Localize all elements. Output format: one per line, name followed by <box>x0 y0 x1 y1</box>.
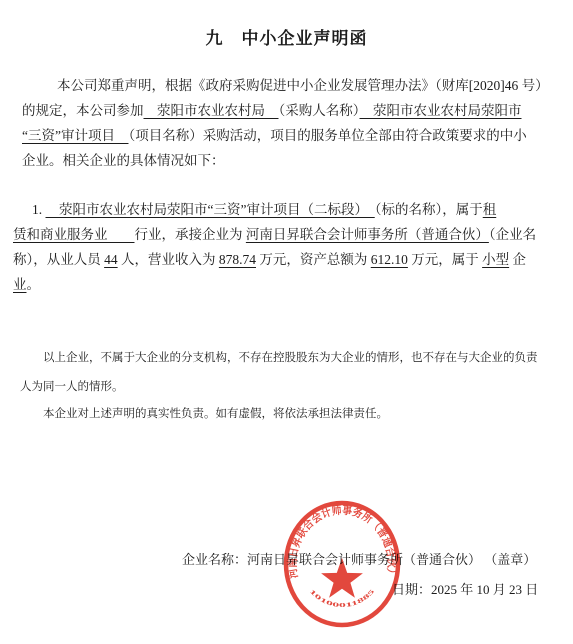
text-line: 以上企业，不属于大企业的分支机构，不存在控股股东为大企业的情形，也不存在与大企业… <box>20 344 565 373</box>
page-title: 九 中小企业声明函 <box>0 24 573 49</box>
text-line: 本公司郑重声明，根据《政府采购促进中小企业发展管理办法》（财库[2020]46 … <box>22 73 562 98</box>
declaration-document: 九 中小企业声明函 本公司郑重声明，根据《政府采购促进中小企业发展管理办法》（财… <box>0 0 573 644</box>
paragraph-declaration: 本公司郑重声明，根据《政府采购促进中小企业发展管理办法》（财库[2020]46 … <box>22 73 562 173</box>
star-icon <box>321 558 363 598</box>
paragraph-no-affiliation: 以上企业，不属于大企业的分支机构，不存在控股股东为大企业的情形，也不存在与大企业… <box>20 344 565 402</box>
paragraph-item-1: 1. 荥阳市农业农村局荥阳市“三资”审计项目（二标段） （标的名称），属于租赁和… <box>13 197 565 297</box>
text-line: 业。 <box>13 272 565 297</box>
text-line: 人为同一人的情形。 <box>20 373 565 402</box>
date-line: 日期：2025 年 10 月 23 日 <box>392 579 538 598</box>
text-line: 赁和商业服务业 行业，承接企业为 河南日昇联合会计师事务所（普通合伙）（企业名 <box>13 222 565 247</box>
text-line: 本企业对上述声明的真实性负责。如有虚假，将依法承担法律责任。 <box>20 400 565 429</box>
company-seal: 河南日昇联合会计师事务所（普通合伙） 4101000118857 <box>280 498 404 630</box>
text-line: 企业。相关企业的具体情况如下： <box>22 148 562 173</box>
paragraph-legal-responsibility: 本企业对上述声明的真实性负责。如有虚假，将依法承担法律责任。 <box>20 400 565 429</box>
text-line: 的规定，本公司参加 荥阳市农业农村局 （采购人名称） 荥阳市农业农村局荥阳市 <box>22 98 562 123</box>
text-line: 1. 荥阳市农业农村局荥阳市“三资”审计项目（二标段） （标的名称），属于租 <box>13 197 565 222</box>
text-line: 称），从业人员 44 人，营业收入为 878.74 万元，资产总额为 612.1… <box>13 247 565 272</box>
text-line: “三资”审计项目 （项目名称）采购活动，项目的服务单位全部由符合政策要求的中小 <box>22 123 562 148</box>
